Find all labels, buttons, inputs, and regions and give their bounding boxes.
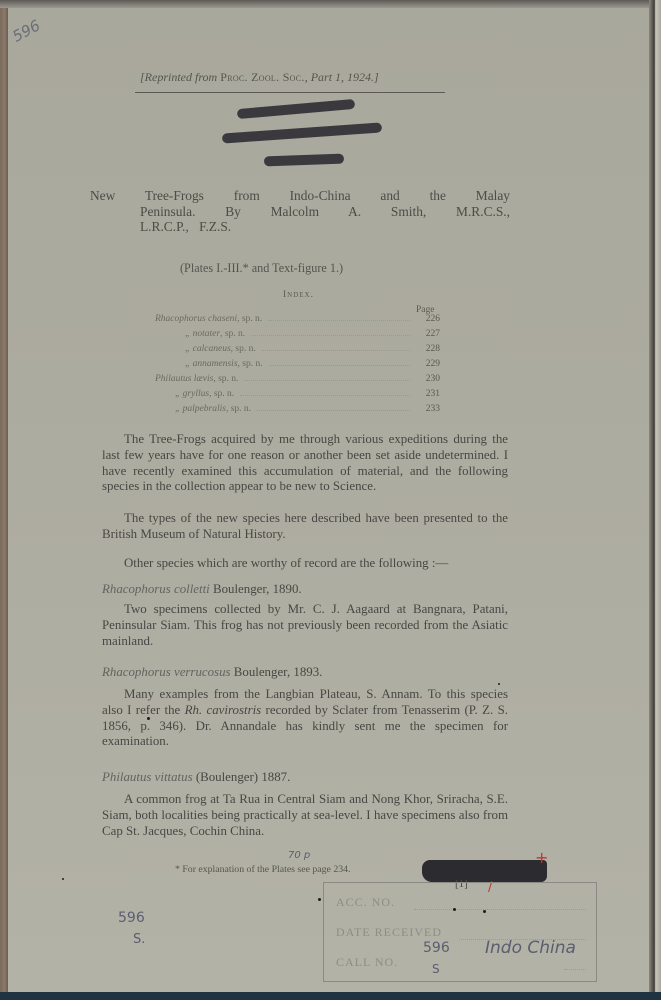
index-entry-page: 228 <box>418 344 440 354</box>
call-number-suffix-handwritten: S <box>432 962 440 976</box>
ink-speck <box>483 910 486 913</box>
red-plus-mark: + <box>535 848 548 867</box>
page-right-edge <box>649 0 661 1000</box>
species-authority: (Boulenger) 1887. <box>193 770 291 784</box>
stamp-dotted-line <box>414 909 586 910</box>
pencil-annotation-bottom-left-suffix: S. <box>133 932 145 947</box>
leader-dots <box>244 380 410 381</box>
index-entry: „ calcaneus, sp. n.228 <box>155 344 440 359</box>
intro-text-2: The types of the new species here descri… <box>102 511 508 541</box>
call-number-handwritten: 596 <box>423 940 450 956</box>
footnote: * For explanation of the Plates see page… <box>175 864 350 875</box>
species-suffix: , sp. n. <box>226 404 251 414</box>
title-line-3-text: L.R.C.P., F.Z.S. <box>140 219 231 234</box>
pencil-annotation-top-left: 596 <box>9 16 43 45</box>
index-entry-name: Philautus lævis, sp. n. <box>155 374 238 384</box>
species-heading-colletti: Rhacophorus colletti Boulenger, 1890. <box>102 582 302 597</box>
species-suffix: , sp. n. <box>231 344 256 354</box>
redaction-bar <box>222 122 382 143</box>
handwritten-location: Indo China <box>485 938 576 958</box>
index-entry-name: „ calcaneus, sp. n. <box>155 344 256 354</box>
index-entry-page: 227 <box>418 329 440 339</box>
leader-dots <box>268 320 410 321</box>
index-entry-page: 231 <box>418 389 440 399</box>
species-suffix: , sp. n. <box>237 314 262 324</box>
species-authority: Boulenger, 1890. <box>210 582 302 596</box>
redaction-block <box>422 860 547 882</box>
record-text: A common frog at Ta Rua in Central Siam … <box>102 792 508 838</box>
ink-speck <box>62 878 64 880</box>
index-heading: Index. <box>283 290 314 300</box>
species-authority: Boulenger, 1893. <box>231 665 323 679</box>
intro-paragraph-2: The types of the new species here descri… <box>102 511 508 543</box>
intro-text-3: Other species which are worthy of record… <box>124 556 448 570</box>
page-top-edge <box>0 0 661 8</box>
reprint-part: , Part 1, 1924.] <box>305 70 379 84</box>
title-line-2: Peninsula. By Malcolm A. Smith, M.R.C.S.… <box>90 204 510 220</box>
stamp-call-no: CALL NO. <box>336 955 398 970</box>
species-record-colletti: Two specimens collected by Mr. C. J. Aag… <box>102 602 508 649</box>
species-record-verrucosus: Many examples from the Langbian Plateau,… <box>102 687 508 750</box>
intro-paragraph-1: The Tree-Frogs acquired by me through va… <box>102 432 508 495</box>
page-left-edge <box>0 8 8 992</box>
title-line-3: L.R.C.P., F.Z.S. <box>90 219 510 235</box>
record-text-italic: Rh. cavirostris <box>185 703 262 717</box>
index-entry: „ notater, sp. n.227 <box>155 329 440 344</box>
index-entry: „ palpebralis, sp. n.233 <box>155 404 440 419</box>
species-suffix: , sp. n. <box>209 389 234 399</box>
species-name: Rhacophorus chaseni <box>155 314 237 324</box>
pencil-annotation-bottom-left: 596 <box>118 910 145 926</box>
reprint-header: [Reprinted from Proc. Zool. Soc., Part 1… <box>140 70 440 85</box>
species-name: „ calcaneus <box>185 344 231 354</box>
document-page: 596 [Reprinted from Proc. Zool. Soc., Pa… <box>0 0 661 992</box>
species-suffix: , sp. n. <box>238 359 263 369</box>
redaction-bar <box>264 154 344 167</box>
species-name: „ notater <box>185 329 220 339</box>
stamp-dotted-line <box>564 969 586 970</box>
index-entry: Philautus lævis, sp. n.230 <box>155 374 440 389</box>
index-entry-name: „ notater, sp. n. <box>155 329 245 339</box>
plates-note: (Plates I.-III.* and Text-figure 1.) <box>180 261 343 276</box>
intro-text-1: The Tree-Frogs acquired by me through va… <box>102 432 508 493</box>
ink-speck <box>453 908 456 911</box>
reprint-journal: Proc. Zool. Soc. <box>220 70 304 84</box>
leader-dots <box>240 395 410 396</box>
species-name: Philautus lævis <box>155 374 213 384</box>
species-suffix: , sp. n. <box>213 374 238 384</box>
species-name: „ gryllus <box>175 389 209 399</box>
species-name: Philautus vittatus <box>102 770 193 784</box>
index-entry-name: „ gryllus, sp. n. <box>155 389 234 399</box>
pencil-annotation-footnote: 70 p <box>288 850 310 861</box>
header-rule <box>135 92 445 93</box>
species-name: Rhacophorus verrucosus <box>102 665 231 679</box>
leader-dots <box>251 335 410 336</box>
ink-speck <box>147 717 150 720</box>
species-suffix: , sp. n. <box>220 329 245 339</box>
reprint-prefix: [Reprinted from <box>140 70 220 84</box>
redaction-bar <box>237 99 355 119</box>
ink-speck <box>498 683 500 685</box>
record-text: Two specimens collected by Mr. C. J. Aag… <box>102 602 508 648</box>
library-stamp: ACC. NO. DATE RECEIVED CALL NO. <box>323 882 597 982</box>
index-list: Rhacophorus chaseni, sp. n.226 „ notater… <box>155 314 440 419</box>
background-strip <box>0 992 661 1000</box>
stamp-acc-no: ACC. NO. <box>336 895 395 910</box>
species-name: Rhacophorus colletti <box>102 582 210 596</box>
index-entry-page: 233 <box>418 404 440 414</box>
index-entry-page: 226 <box>418 314 440 324</box>
leader-dots <box>262 350 410 351</box>
article-title: New Tree-Frogs from Indo-China and the M… <box>90 188 510 235</box>
species-name: „ annamensis <box>185 359 238 369</box>
species-record-vittatus: A common frog at Ta Rua in Central Siam … <box>102 792 508 839</box>
leader-dots <box>269 365 410 366</box>
stamp-date-received: DATE RECEIVED <box>336 925 442 940</box>
intro-paragraph-3: Other species which are worthy of record… <box>102 556 508 572</box>
leader-dots <box>257 410 410 411</box>
index-entry-name: Rhacophorus chaseni, sp. n. <box>155 314 262 324</box>
species-heading-verrucosus: Rhacophorus verrucosus Boulenger, 1893. <box>102 665 322 680</box>
species-heading-vittatus: Philautus vittatus (Boulenger) 1887. <box>102 770 290 785</box>
ink-speck <box>318 898 321 901</box>
index-entry-name: „ palpebralis, sp. n. <box>155 404 251 414</box>
index-entry-page: 230 <box>418 374 440 384</box>
index-entry: Rhacophorus chaseni, sp. n.226 <box>155 314 440 329</box>
index-entry-page: 229 <box>418 359 440 369</box>
index-entry: „ annamensis, sp. n.229 <box>155 359 440 374</box>
index-entry: „ gryllus, sp. n.231 <box>155 389 440 404</box>
index-entry-name: „ annamensis, sp. n. <box>155 359 263 369</box>
species-name: „ palpebralis <box>175 404 226 414</box>
title-line-2-text: Peninsula. By Malcolm A. Smith, M.R.C.S.… <box>140 204 510 219</box>
title-line-1: New Tree-Frogs from Indo-China and the M… <box>90 188 510 203</box>
